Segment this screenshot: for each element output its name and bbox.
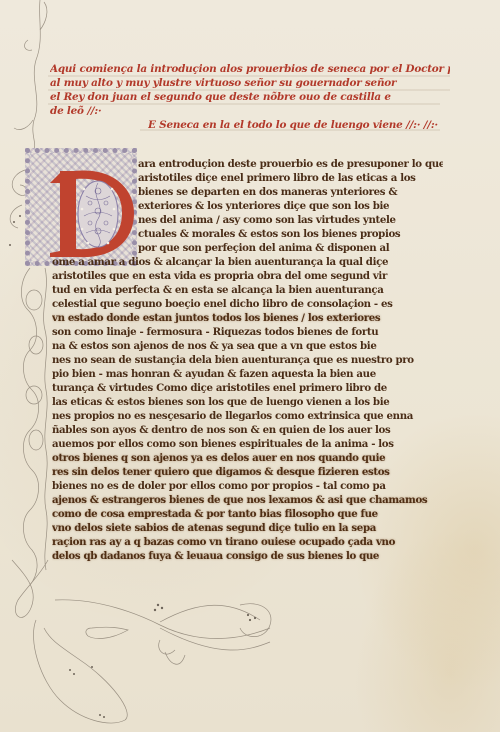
body-line: na & estos son ajenos de nos & ya sea qu… bbox=[52, 339, 444, 353]
body-line: aristotiles que en esta vida es propria … bbox=[52, 269, 444, 283]
body-line: otros bienes q son ajenos ya es delos au… bbox=[52, 451, 444, 465]
body-line: nes propios no es nesçesario de llegarlo… bbox=[52, 409, 444, 423]
body-line: ctuales & morales & estos son los bienes… bbox=[138, 227, 443, 241]
body-line: vn estado donde estan juntos todos los b… bbox=[52, 311, 444, 325]
body-line: res sin delos tener quiero que digamos &… bbox=[52, 465, 444, 479]
body-line: ome a amar a dios & alcançar la bien aue… bbox=[52, 255, 444, 269]
body-line: tud en vida perfecta & en esta se alcanç… bbox=[52, 283, 444, 297]
body-line: las eticas & estos bienes son los que de… bbox=[52, 395, 444, 409]
body-line: auemos por ellos como son bienes espirit… bbox=[52, 437, 444, 451]
body-line: aristotiles diçe enel primero libro de l… bbox=[138, 171, 443, 185]
body-line: exteriores & los ynteriores diçe que son… bbox=[138, 199, 443, 213]
body-line: ñables son ayos & dentro de nos son & en… bbox=[52, 423, 444, 437]
body-line: son como linaje - fermosura - Riquezas t… bbox=[52, 325, 444, 339]
body-line: por que son perfeçion del anima & dispon… bbox=[138, 241, 443, 255]
body-line: pio bien - mas honran & ayudan & fazen a… bbox=[52, 367, 444, 381]
body-text-block: ara entroduçion deste prouerbio es de pr… bbox=[0, 0, 500, 732]
body-line: turança & virtudes Como diçe aristotiles… bbox=[52, 381, 444, 395]
body-line: delos qb dadanos fuya & leuaua consigo d… bbox=[52, 549, 444, 563]
body-line: ara entroduçion deste prouerbio es de pr… bbox=[138, 157, 443, 171]
body-line: raçion ras ay a q bazas como vn tirano o… bbox=[52, 535, 444, 549]
manuscript-page: Aqui comiença la introduçion alos prouer… bbox=[0, 0, 500, 732]
body-line: celestial que seguno boeçio enel dicho l… bbox=[52, 297, 444, 311]
body-line: como de cosa emprestada & por tanto bias… bbox=[52, 507, 444, 521]
body-line: vno delos siete sabios de atenas segund … bbox=[52, 521, 444, 535]
body-line: nes no sean de sustançia dela bien auent… bbox=[52, 353, 444, 367]
body-line: bienes no es de doler por ellos como por… bbox=[52, 479, 444, 493]
body-line: ajenos & estrangeros bienes de que nos l… bbox=[52, 493, 444, 507]
body-line: nes del anima / asy como son las virtude… bbox=[138, 213, 443, 227]
body-line: bienes se departen en dos maneras ynteri… bbox=[138, 185, 443, 199]
